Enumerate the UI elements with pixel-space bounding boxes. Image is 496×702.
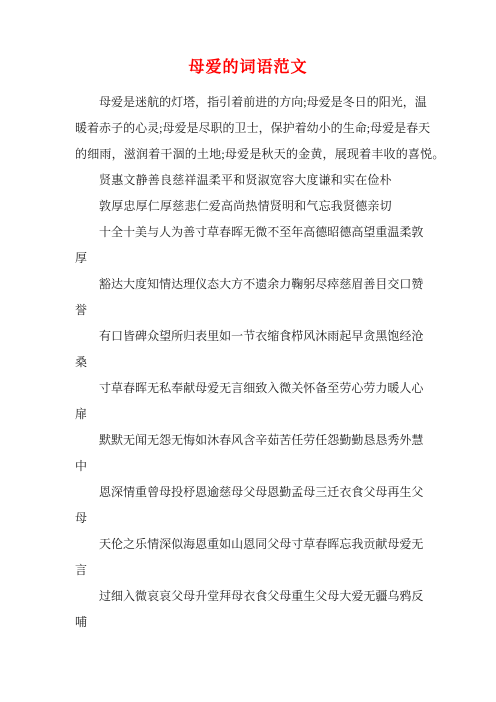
text-line: 中 bbox=[75, 453, 421, 479]
text-char: 十 bbox=[123, 219, 135, 245]
text-char: 母 bbox=[231, 583, 243, 609]
text-char: 口 bbox=[399, 271, 411, 297]
text-char: 灵 bbox=[147, 115, 159, 141]
text-char: 着 bbox=[87, 115, 99, 141]
text-char: 慈 bbox=[339, 271, 351, 297]
text-char: 恩 bbox=[195, 479, 207, 505]
text-line: 桑 bbox=[75, 349, 421, 375]
text-char: 是 bbox=[394, 115, 406, 141]
text-char: 前 bbox=[243, 89, 255, 115]
text-char: 表 bbox=[195, 323, 207, 349]
text-char: 衣 bbox=[243, 583, 255, 609]
text-line: 母爱是迷航的灯塔，指引着前进的方向;母爱是冬日的阳光，温 bbox=[75, 89, 421, 115]
text-char: 十 bbox=[99, 219, 111, 245]
text-line: 誉 bbox=[75, 297, 421, 323]
text-char: 悔 bbox=[183, 427, 195, 453]
text-char: 父 bbox=[243, 479, 255, 505]
text-char: ， bbox=[195, 89, 207, 115]
text-char: 劳 bbox=[339, 375, 351, 401]
text-char: 方 bbox=[279, 89, 291, 115]
text-char: 如 bbox=[219, 323, 231, 349]
text-char: 生 bbox=[399, 479, 411, 505]
text-char: 默 bbox=[111, 427, 123, 453]
text-char: 全 bbox=[111, 219, 123, 245]
text-char: 爱 bbox=[174, 115, 186, 141]
text-char: 昭 bbox=[327, 219, 339, 245]
text-char: 重 bbox=[291, 583, 303, 609]
text-char: 食 bbox=[255, 583, 267, 609]
text-char: 天 bbox=[418, 115, 430, 141]
text-char: 灯 bbox=[171, 89, 183, 115]
text-char: 瘁 bbox=[327, 271, 339, 297]
text-char: 爱 bbox=[111, 89, 123, 115]
text-line: 言 bbox=[75, 557, 421, 583]
text-char: 眉 bbox=[351, 271, 363, 297]
text-char: 的 bbox=[331, 115, 343, 141]
text-char: 黑 bbox=[375, 323, 387, 349]
text-char: 口 bbox=[111, 323, 123, 349]
text-char: 海 bbox=[183, 531, 195, 557]
document-body: 母爱是迷航的灯塔，指引着前进的方向;母爱是冬日的阳光，温暖着赤子的心灵;母爱是尽… bbox=[75, 89, 421, 635]
text-char: 温 bbox=[415, 89, 427, 115]
text-char: 达 bbox=[111, 271, 123, 297]
text-char: 心 bbox=[135, 115, 147, 141]
text-char: 母 bbox=[99, 89, 111, 115]
text-char: 我 bbox=[351, 531, 363, 557]
text-char: 无 bbox=[147, 375, 159, 401]
text-char: 德 bbox=[315, 219, 327, 245]
text-char: 向 bbox=[291, 89, 303, 115]
text-char: 无 bbox=[363, 583, 375, 609]
text-char: 着 bbox=[231, 89, 243, 115]
text-char: 里 bbox=[207, 323, 219, 349]
text-char: 皆 bbox=[123, 323, 135, 349]
text-char: 人 bbox=[399, 375, 411, 401]
text-char: 柔 bbox=[399, 219, 411, 245]
text-char: 的 bbox=[267, 89, 279, 115]
text-char: 迁 bbox=[327, 479, 339, 505]
text-char: 母 bbox=[375, 479, 387, 505]
text-char: 父 bbox=[363, 479, 375, 505]
text-char: 经 bbox=[399, 323, 411, 349]
text-char: 鞠 bbox=[291, 271, 303, 297]
text-char: 反 bbox=[411, 583, 423, 609]
text-char: 献 bbox=[375, 531, 387, 557]
text-char: 母 bbox=[255, 479, 267, 505]
text-char: 知 bbox=[147, 271, 159, 297]
text-char: 乌 bbox=[387, 583, 399, 609]
text-char: 雨 bbox=[327, 323, 339, 349]
text-line: 十全十美与人为善寸草春晖无微不至年高德昭德高望重温柔敦 bbox=[75, 219, 421, 245]
text-char: 恩 bbox=[195, 531, 207, 557]
text-char: 不 bbox=[243, 271, 255, 297]
text-char: 春 bbox=[315, 531, 327, 557]
text-char: 余 bbox=[267, 271, 279, 297]
text-char: 投 bbox=[171, 479, 183, 505]
text-char: 细 bbox=[243, 375, 255, 401]
text-char: 三 bbox=[315, 479, 327, 505]
text-char: 无 bbox=[123, 427, 135, 453]
text-char: 哀 bbox=[147, 583, 159, 609]
text-char: 慈 bbox=[219, 479, 231, 505]
text-char: 高 bbox=[303, 219, 315, 245]
text-char: 慧 bbox=[411, 427, 423, 453]
text-char: 望 bbox=[363, 219, 375, 245]
text-char: 是 bbox=[331, 89, 343, 115]
text-char: 食 bbox=[351, 479, 363, 505]
text-char: 爱 bbox=[399, 531, 411, 557]
text-char: 重 bbox=[375, 219, 387, 245]
text-char: 哀 bbox=[159, 583, 171, 609]
text-char: 士 bbox=[247, 115, 259, 141]
text-char: 深 bbox=[111, 479, 123, 505]
text-char: 细 bbox=[111, 583, 123, 609]
text-char: 任 bbox=[291, 427, 303, 453]
text-char: 仪 bbox=[195, 271, 207, 297]
text-char: 无 bbox=[171, 427, 183, 453]
text-line: 豁达大度知情达理仪态大方不遗余力鞠躬尽瘁慈眉善目交口赞 bbox=[75, 271, 421, 297]
text-char: 归 bbox=[183, 323, 195, 349]
text-char: 赞 bbox=[411, 271, 423, 297]
text-line: 默默无闻无怨无悔如沐春风含辛茹苦任劳任怨勤勤恳恳秀外慧 bbox=[75, 427, 421, 453]
text-char: 苦 bbox=[279, 427, 291, 453]
text-char: 目 bbox=[375, 271, 387, 297]
text-char: ， bbox=[259, 115, 271, 141]
text-char: 早 bbox=[351, 323, 363, 349]
text-char: 晖 bbox=[327, 531, 339, 557]
text-char: 劳 bbox=[363, 375, 375, 401]
text-char: ， bbox=[403, 89, 415, 115]
text-char: 母 bbox=[195, 375, 207, 401]
text-char: 怀 bbox=[303, 375, 315, 401]
text-char: 勤 bbox=[339, 427, 351, 453]
text-char: 护 bbox=[283, 115, 295, 141]
text-char: 草 bbox=[207, 219, 219, 245]
text-char: 母 bbox=[183, 583, 195, 609]
text-char: 重 bbox=[207, 531, 219, 557]
text-char: 衣 bbox=[255, 323, 267, 349]
text-char: 微 bbox=[135, 583, 147, 609]
text-char: 母 bbox=[231, 479, 243, 505]
text-char: 与 bbox=[147, 219, 159, 245]
text-char: 微 bbox=[279, 375, 291, 401]
text-char: 沐 bbox=[207, 427, 219, 453]
text-char: 赤 bbox=[99, 115, 111, 141]
text-char: 小 bbox=[319, 115, 331, 141]
text-char: 默 bbox=[99, 427, 111, 453]
text-char: 的 bbox=[223, 115, 235, 141]
text-char: 晖 bbox=[231, 219, 243, 245]
text-char: 如 bbox=[195, 427, 207, 453]
text-char: 起 bbox=[339, 323, 351, 349]
text-char: 德 bbox=[339, 219, 351, 245]
text-char: 人 bbox=[159, 219, 171, 245]
text-char: 年 bbox=[291, 219, 303, 245]
text-char: 春 bbox=[219, 427, 231, 453]
text-char: 风 bbox=[231, 427, 243, 453]
text-char: 疆 bbox=[375, 583, 387, 609]
text-char: 保 bbox=[271, 115, 283, 141]
text-char: 是 bbox=[123, 89, 135, 115]
text-char: 奉 bbox=[171, 375, 183, 401]
text-char: 生 bbox=[303, 583, 315, 609]
document-page: 母爱的词语范文 母爱是迷航的灯塔，指引着前进的方向;母爱是冬日的阳光，温暖着赤子… bbox=[0, 0, 496, 702]
text-char: 母 bbox=[307, 89, 319, 115]
text-char: 母 bbox=[279, 531, 291, 557]
text-char: 理 bbox=[183, 271, 195, 297]
text-line: 寸草春晖无私奉献母爱无言细致入微关怀备至劳心劳力暖人心 bbox=[75, 375, 421, 401]
text-char: 入 bbox=[123, 583, 135, 609]
text-char: 母 bbox=[327, 583, 339, 609]
text-char: 曾 bbox=[147, 479, 159, 505]
text-char: 含 bbox=[243, 427, 255, 453]
text-char: 伦 bbox=[111, 531, 123, 557]
text-char: 闻 bbox=[135, 427, 147, 453]
text-char: 母 bbox=[159, 479, 171, 505]
text-char: 言 bbox=[231, 375, 243, 401]
text-char: 母 bbox=[162, 115, 174, 141]
text-char: 外 bbox=[399, 427, 411, 453]
text-char: 幼 bbox=[307, 115, 319, 141]
text-char: 迷 bbox=[135, 89, 147, 115]
text-char: 似 bbox=[171, 531, 183, 557]
text-char: 入 bbox=[267, 375, 279, 401]
text-char: 善 bbox=[363, 271, 375, 297]
text-char: 的 bbox=[123, 115, 135, 141]
text-char: 的 bbox=[367, 89, 379, 115]
text-char: 沧 bbox=[411, 323, 423, 349]
text-char: 勤 bbox=[279, 479, 291, 505]
text-char: 母 bbox=[387, 531, 399, 557]
text-char: 私 bbox=[159, 375, 171, 401]
text-char: 敦 bbox=[411, 219, 423, 245]
text-char: 父 bbox=[315, 583, 327, 609]
text-char: 寸 bbox=[99, 375, 111, 401]
text-char: 如 bbox=[219, 531, 231, 557]
document-title: 母爱的词语范文 bbox=[0, 56, 496, 80]
text-char: 关 bbox=[291, 375, 303, 401]
text-char: 大 bbox=[339, 583, 351, 609]
text-char: 暖 bbox=[75, 115, 87, 141]
text-char: 食 bbox=[279, 323, 291, 349]
text-char: 爱 bbox=[319, 89, 331, 115]
text-char: 山 bbox=[231, 531, 243, 557]
text-line: 敦厚忠厚仁厚慈悲仁爱高尚热情贤明和气忘我贤德亲切 bbox=[75, 193, 421, 219]
text-char: 航 bbox=[147, 89, 159, 115]
text-char: 沐 bbox=[315, 323, 327, 349]
text-char: 为 bbox=[171, 219, 183, 245]
text-line: 母 bbox=[75, 505, 421, 531]
text-char: 至 bbox=[327, 375, 339, 401]
text-char: 再 bbox=[387, 479, 399, 505]
text-char: 孟 bbox=[291, 479, 303, 505]
text-char: 温 bbox=[387, 219, 399, 245]
text-char: 众 bbox=[147, 323, 159, 349]
text-char: 力 bbox=[279, 271, 291, 297]
text-char: 节 bbox=[243, 323, 255, 349]
text-char: 交 bbox=[387, 271, 399, 297]
text-char: 爱 bbox=[382, 115, 394, 141]
text-char: 怨 bbox=[327, 427, 339, 453]
text-char: 一 bbox=[231, 323, 243, 349]
text-char: 大 bbox=[123, 271, 135, 297]
text-char: 不 bbox=[267, 219, 279, 245]
text-char: 日 bbox=[355, 89, 367, 115]
text-char: 卫 bbox=[235, 115, 247, 141]
text-char: 是 bbox=[186, 115, 198, 141]
text-char: 情 bbox=[123, 479, 135, 505]
text-char: 情 bbox=[159, 271, 171, 297]
text-char: 无 bbox=[243, 219, 255, 245]
text-char: 父 bbox=[171, 583, 183, 609]
text-char: 光 bbox=[391, 89, 403, 115]
text-char: 至 bbox=[279, 219, 291, 245]
text-char: 塔 bbox=[183, 89, 195, 115]
text-char: 贡 bbox=[363, 531, 375, 557]
text-char: 母 bbox=[370, 115, 382, 141]
text-char: 草 bbox=[303, 531, 315, 557]
text-char: 美 bbox=[135, 219, 147, 245]
text-char: 高 bbox=[351, 219, 363, 245]
text-char: 有 bbox=[99, 323, 111, 349]
text-char: 生 bbox=[343, 115, 355, 141]
text-char: 母 bbox=[279, 583, 291, 609]
text-char: 所 bbox=[171, 323, 183, 349]
text-char: 尽 bbox=[315, 271, 327, 297]
text-char: 着 bbox=[295, 115, 307, 141]
text-char: 母 bbox=[303, 479, 315, 505]
text-char: 父 bbox=[267, 583, 279, 609]
text-char: 杼 bbox=[183, 479, 195, 505]
text-char: 指 bbox=[207, 89, 219, 115]
text-char: 力 bbox=[375, 375, 387, 401]
text-line: 哺 bbox=[75, 609, 421, 635]
text-char: 春 bbox=[406, 115, 418, 141]
text-char: 大 bbox=[219, 271, 231, 297]
text-char: 恩 bbox=[267, 479, 279, 505]
text-char: 春 bbox=[123, 375, 135, 401]
text-char: 暖 bbox=[387, 375, 399, 401]
text-char: 躬 bbox=[303, 271, 315, 297]
text-char: 乐 bbox=[135, 531, 147, 557]
text-char: 草 bbox=[111, 375, 123, 401]
text-char: 寸 bbox=[291, 531, 303, 557]
text-char: 劳 bbox=[303, 427, 315, 453]
text-char: 贪 bbox=[363, 323, 375, 349]
text-char: 善 bbox=[183, 219, 195, 245]
text-char: 心 bbox=[411, 375, 423, 401]
text-char: 爱 bbox=[351, 583, 363, 609]
text-char: 父 bbox=[267, 531, 279, 557]
text-char: 恩 bbox=[99, 479, 111, 505]
text-char: 阳 bbox=[379, 89, 391, 115]
text-char: 风 bbox=[303, 323, 315, 349]
text-char: 缩 bbox=[267, 323, 279, 349]
text-char: 情 bbox=[147, 531, 159, 557]
text-char: 微 bbox=[255, 219, 267, 245]
text-line: 天伦之乐情深似海恩重如山恩同父母寸草春晖忘我贡献母爱无 bbox=[75, 531, 421, 557]
text-char: 致 bbox=[255, 375, 267, 401]
text-char: 重 bbox=[135, 479, 147, 505]
text-char: 方 bbox=[231, 271, 243, 297]
text-char: 命 bbox=[355, 115, 367, 141]
text-char: 春 bbox=[219, 219, 231, 245]
text-char: 进 bbox=[255, 89, 267, 115]
text-char: 遗 bbox=[255, 271, 267, 297]
text-line: 厚 bbox=[75, 245, 421, 271]
text-char: 无 bbox=[411, 531, 423, 557]
text-char: 鸦 bbox=[399, 583, 411, 609]
text-char: 心 bbox=[351, 375, 363, 401]
text-line: 暖着赤子的心灵;母爱是尽职的卫士，保护着幼小的生命;母爱是春天 bbox=[75, 115, 421, 141]
text-char: 之 bbox=[123, 531, 135, 557]
text-char: 任 bbox=[315, 427, 327, 453]
text-char: 职 bbox=[211, 115, 223, 141]
text-char: 同 bbox=[255, 531, 267, 557]
text-char: 备 bbox=[315, 375, 327, 401]
text-char: 恳 bbox=[363, 427, 375, 453]
text-char: 望 bbox=[159, 323, 171, 349]
text-char: 辛 bbox=[255, 427, 267, 453]
text-char: 碑 bbox=[135, 323, 147, 349]
text-char: 冬 bbox=[343, 89, 355, 115]
text-char: 升 bbox=[195, 583, 207, 609]
text-char: 无 bbox=[219, 375, 231, 401]
text-char: 尽 bbox=[199, 115, 211, 141]
text-char: 的 bbox=[159, 89, 171, 115]
text-line: 贤惠文静善良慈祥温柔平和贤淑宽容大度谦和实在俭朴 bbox=[75, 167, 421, 193]
text-line: 过细入微哀哀父母升堂拜母衣食父母重生父母大爱无疆乌鸦反 bbox=[75, 583, 421, 609]
text-char: 逾 bbox=[207, 479, 219, 505]
text-char: 子 bbox=[111, 115, 123, 141]
text-char: 恳 bbox=[375, 427, 387, 453]
text-char: 栉 bbox=[291, 323, 303, 349]
text-char: 度 bbox=[135, 271, 147, 297]
text-char: 茹 bbox=[267, 427, 279, 453]
text-char: 达 bbox=[171, 271, 183, 297]
text-line: 的细雨，滋润着干涸的土地;母爱是秋天的金黄，展现着丰收的喜悦。 bbox=[75, 141, 421, 167]
text-char: 衣 bbox=[339, 479, 351, 505]
text-char: 寸 bbox=[195, 219, 207, 245]
text-char: 豁 bbox=[99, 271, 111, 297]
text-char: 饱 bbox=[387, 323, 399, 349]
text-char: 态 bbox=[207, 271, 219, 297]
text-char: 晖 bbox=[135, 375, 147, 401]
text-char: 勤 bbox=[351, 427, 363, 453]
text-char: 忘 bbox=[339, 531, 351, 557]
text-line: 恩深情重曾母投杼恩逾慈母父母恩勤孟母三迁衣食父母再生父 bbox=[75, 479, 421, 505]
text-char: 无 bbox=[147, 427, 159, 453]
text-char: 恩 bbox=[243, 531, 255, 557]
text-char: 献 bbox=[183, 375, 195, 401]
text-char: 深 bbox=[159, 531, 171, 557]
text-char: 爱 bbox=[207, 375, 219, 401]
text-char: 秀 bbox=[387, 427, 399, 453]
text-char: 拜 bbox=[219, 583, 231, 609]
text-line: 扉 bbox=[75, 401, 421, 427]
text-char: 引 bbox=[219, 89, 231, 115]
text-line: 有口皆碑众望所归表里如一节衣缩食栉风沐雨起早贪黑饱经沧 bbox=[75, 323, 421, 349]
text-char: 天 bbox=[99, 531, 111, 557]
text-char: 怨 bbox=[159, 427, 171, 453]
text-char: 堂 bbox=[207, 583, 219, 609]
text-char: 父 bbox=[411, 479, 423, 505]
text-char: 过 bbox=[99, 583, 111, 609]
